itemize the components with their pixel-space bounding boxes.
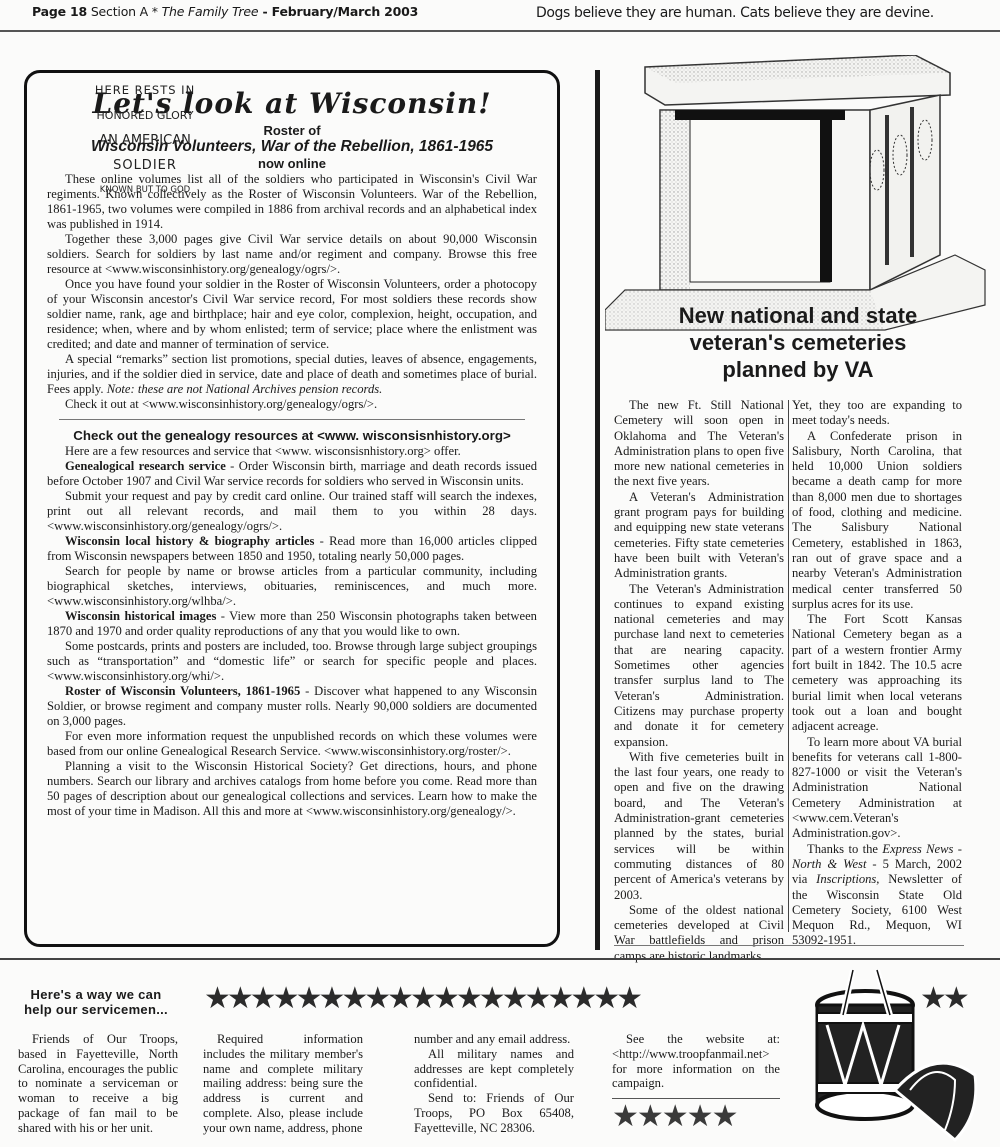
va-article-column-2: Yet, they too are expanding to meet toda… — [792, 398, 962, 949]
paragraph: See the website at: <http://www.troopfan… — [612, 1032, 780, 1091]
va-headline: New national and state veteran's cemeter… — [608, 302, 988, 383]
paragraph: To learn more about VA burial benefits f… — [792, 735, 962, 842]
paragraph: With five cemeteries built in the last f… — [614, 750, 784, 903]
va-article-column-1: The new Ft. Still National Cemetery will… — [614, 398, 784, 964]
genealogy-resources-body: Here are a few resources and service tha… — [47, 444, 537, 819]
drum-and-tricorn-hat-icon — [805, 965, 985, 1145]
credit-via: Inscriptions, — [816, 872, 879, 886]
paragraph: Here are a few resources and service tha… — [47, 444, 537, 459]
resource-title: Roster of Wisconsin Volunteers, 1861-196… — [65, 684, 300, 698]
headline-line: veteran's cemeteries — [608, 329, 988, 356]
genealogy-resources-heading: Check out the genealogy resources at <ww… — [47, 428, 537, 443]
inscription-line: HERE RESTS IN — [86, 78, 204, 103]
resource-item: Genealogical research service - Order Wi… — [47, 459, 537, 489]
resource-item: Wisconsin historical images - View more … — [47, 609, 537, 639]
headline-line: New national and state — [608, 302, 988, 329]
paragraph: The new Ft. Still National Cemetery will… — [614, 398, 784, 490]
troops-column-2: Required information includes the milita… — [203, 1032, 363, 1136]
headline-line: planned by VA — [608, 356, 988, 383]
resource-item: Wisconsin local history & biography arti… — [47, 534, 537, 564]
inscription-line: AN AMERICAN — [86, 128, 204, 153]
page-number: Page 18 — [32, 4, 87, 19]
troops-column-3: number and any email address. All milita… — [414, 1032, 574, 1136]
column-rule — [595, 70, 600, 950]
section-label: Section A * — [87, 4, 162, 19]
pension-note: Note: these are not National Archives pe… — [107, 382, 383, 396]
header-rule — [0, 30, 1000, 32]
column-rule — [612, 1098, 780, 1099]
paragraph: Together these 3,000 pages give Civil Wa… — [47, 232, 537, 277]
credit-text: Thanks to the — [807, 842, 882, 856]
paragraph: Some of the oldest national cemeteries d… — [614, 903, 784, 964]
resource-title: Wisconsin local history & biography arti… — [65, 534, 314, 548]
tomb-of-unknown-soldier-illustration — [605, 55, 995, 340]
resource-item: Roster of Wisconsin Volunteers, 1861-196… — [47, 684, 537, 729]
issue-date: - February/March 2003 — [258, 4, 418, 19]
inscription-line: SOLDIER — [86, 153, 204, 178]
paragraph: A Veteran's Administration grant program… — [614, 490, 784, 582]
paragraph: Friends of Our Troops, based in Fayettev… — [18, 1032, 178, 1136]
paragraph: Send to: Friends of Our Troops, PO Box 6… — [414, 1091, 574, 1135]
star-row-icon: ★★★★★ — [612, 1100, 736, 1134]
inscription-line: HONORED GLORY — [86, 103, 204, 128]
column-separator — [788, 400, 789, 932]
troops-headline: Here's a way we can help our servicemen.… — [16, 988, 176, 1017]
running-header: Page 18 Section A * The Family Tree - Fe… — [32, 4, 418, 19]
header-tagline: Dogs believe they are human. Cats believ… — [536, 5, 934, 21]
resource-title: Wisconsin historical images — [65, 609, 216, 623]
resource-item: Planning a visit to the Wisconsin Histor… — [47, 759, 537, 819]
resource-item: For even more information request the un… — [47, 729, 537, 759]
paragraph: number and any email address. — [414, 1032, 574, 1047]
publication-name: The Family Tree — [162, 4, 259, 19]
paragraph: Once you have found your soldier in the … — [47, 277, 537, 352]
tomb-inscription: HERE RESTS IN HONORED GLORY AN AMERICAN … — [86, 78, 204, 203]
paragraph: A special “remarks” section list promoti… — [47, 352, 537, 397]
resource-item: Submit your request and pay by credit ca… — [47, 489, 537, 534]
star-border-icon: ★★★★★★★★★★★★★★★★★★★ — [204, 982, 639, 1016]
troops-column-4: See the website at: <http://www.troopfan… — [612, 1032, 780, 1091]
resource-item: Some postcards, prints and posters are i… — [47, 639, 537, 684]
inscription-line: KNOWN BUT TO GOD — [86, 178, 204, 203]
article-end-rule — [614, 945, 964, 946]
paragraph: A Confederate prison in Salisbury, North… — [792, 429, 962, 613]
paragraph-link[interactable]: Check it out at <www.wisconsinhistory.or… — [47, 397, 537, 412]
paragraph: All military names and addresses are kep… — [414, 1047, 574, 1091]
wisconsin-body: These online volumes list all of the sol… — [47, 172, 537, 412]
paragraph: The Fort Scott Kansas National Cemetery … — [792, 612, 962, 734]
paragraph: The Veteran's Administration continues t… — [614, 582, 784, 750]
resource-title: Genealogical research service — [65, 459, 226, 473]
troops-column-1: Friends of Our Troops, based in Fayettev… — [18, 1032, 178, 1136]
paragraph: Yet, they too are expanding to meet toda… — [792, 398, 962, 429]
section-divider — [59, 419, 525, 420]
resource-item: Search for people by name or browse arti… — [47, 564, 537, 609]
credit-line: Thanks to the Express News - North & Wes… — [792, 842, 962, 949]
section-rule — [0, 958, 1000, 960]
paragraph: Required information includes the milita… — [203, 1032, 363, 1136]
